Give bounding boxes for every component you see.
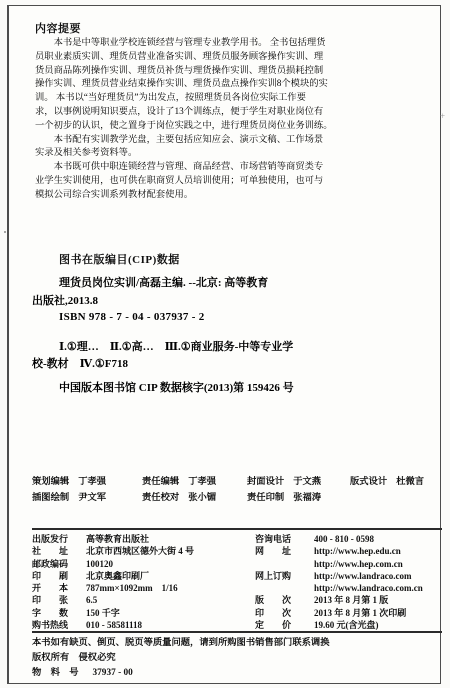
colophon-row: 定 价19.60 元(含光盘)	[255, 619, 442, 631]
credit-item	[350, 491, 437, 507]
summary-line: 实录及相关参考资料等。	[35, 147, 333, 161]
colophon-value: 150 千字	[86, 607, 120, 619]
colophon-row: 购书热线010 - 58581118	[32, 619, 255, 631]
colophon-row: 网上订购http://www.landraco.com	[255, 570, 442, 582]
colophon-label	[255, 582, 314, 594]
colophon-row: 出版发行高等教育出版社	[32, 533, 255, 545]
summary-line: 一个初步的认识，使之置身于岗位实践之中，进行理货员岗位业务训练。	[35, 120, 333, 134]
material-number: 物 料 号37937 - 00	[32, 664, 133, 678]
colophon-row: 印 张6.5	[32, 594, 255, 606]
credit-item: 责任印制张福涛	[247, 491, 350, 507]
credit-label: 版式设计	[350, 477, 387, 487]
colophon-row: 印 次2013 年 8 月第 1 次印刷	[255, 607, 442, 619]
colophon-value: 787mm×1092mm 1/16	[86, 582, 178, 594]
colophon-value: 北京市西城区德外大街 4 号	[86, 545, 194, 557]
credit-name: 杜微言	[396, 477, 424, 487]
cip-title-line2: 出版社,2013.8	[32, 292, 98, 308]
colophon-value: http://www.hep.com.cn	[314, 558, 403, 570]
colophon-label: 开 本	[32, 582, 86, 594]
colophon-label: 印 刷	[32, 570, 86, 582]
colophon-label: 邮政编码	[32, 558, 86, 570]
colophon-value: http://www.landraco.com	[314, 570, 412, 582]
colophon-label: 咨询电话	[255, 533, 314, 545]
book-copyright-page: 内容提要 本书是中等职业学校连锁经营与管理专业教学用书。 全书包括理货 员职业素…	[7, 5, 441, 684]
staff-credits: 策划编辑丁孝强 责任编辑丁孝强 封面设计于文燕 版式设计杜微言 插图绘制尹文军 …	[32, 475, 437, 506]
credit-name: 尹文军	[78, 493, 106, 503]
credit-label: 责任编辑	[142, 477, 179, 487]
colophon-label: 社 址	[32, 545, 86, 557]
colophon-value: 100120	[86, 558, 113, 570]
summary-line: 求，以事例说明知识要点，设计了13个训练点，便于学生对职业岗位有	[35, 106, 333, 120]
colophon-value: http://www.hep.edu.cn	[314, 545, 401, 557]
colophon-value: 6.5	[86, 594, 97, 606]
colophon-label: 出版发行	[32, 533, 86, 545]
colophon-row: 开 本787mm×1092mm 1/16	[32, 582, 255, 594]
horizontal-divider	[32, 528, 442, 530]
credit-name: 于文燕	[293, 477, 321, 487]
credit-label: 插图绘制	[32, 493, 69, 503]
colophon-row: 咨询电话400 - 810 - 0598	[255, 533, 442, 545]
summary-line: 模拟公司综合实训系列教材配套使用。	[35, 189, 333, 203]
cip-isbn: ISBN 978 - 7 - 04 - 037937 - 2	[59, 311, 205, 323]
colophon-label: 购书热线	[32, 619, 86, 631]
cip-record-number: 中国版本图书馆 CIP 数据核字(2013)第 159426 号	[59, 379, 294, 395]
cip-classification-line1: Ⅰ.①理… Ⅱ.①高… Ⅲ.①商业服务-中等专业学	[59, 338, 293, 354]
content-summary-text: 本书是中等职业学校连锁经营与管理专业教学用书。 全书包括理货 员职业素质实训、理…	[35, 37, 333, 203]
credit-item: 责任校对张小镅	[142, 491, 247, 507]
credits-row: 插图绘制尹文军 责任校对张小镅 责任印制张福涛	[32, 491, 437, 507]
credit-label: 责任印制	[247, 493, 284, 503]
colophon-value: 北京奥鑫印刷厂	[86, 570, 149, 582]
colophon-value: http://www.landraco.com.cn	[314, 582, 423, 594]
colophon-row: 社 址北京市西城区德外大街 4 号	[32, 545, 255, 557]
summary-line: 货员商品陈列操作实训、理货员补货与理货操作实训、理货员损耗控制	[35, 65, 333, 79]
credit-item: 封面设计于文燕	[247, 475, 350, 491]
summary-line: 本书配有实训教学光盘，主要包括应知应会、演示文稿、工作场景	[35, 134, 333, 148]
summary-line: 业学生实训使用，也可供在职商贸人员培训使用；可单独使用，也可与	[35, 175, 333, 189]
colophon-right-column: 咨询电话400 - 810 - 0598 网 址http://www.hep.e…	[255, 533, 442, 631]
colophon-value: 高等教育出版社	[86, 533, 149, 545]
colophon-label: 版 次	[255, 594, 314, 606]
cip-title-line1: 理货员岗位实训/高磊主编. --北京: 高等教育	[59, 274, 268, 290]
colophon-label: 字 数	[32, 607, 86, 619]
colophon-label: 印 张	[32, 594, 86, 606]
colophon-value: 400 - 810 - 0598	[314, 533, 374, 545]
colophon-value: 2013 年 8 月第 1 版	[314, 594, 388, 606]
credit-name: 张福涛	[293, 493, 321, 503]
credit-label: 策划编辑	[32, 477, 69, 487]
colophon: 出版发行高等教育出版社 社 址北京市西城区德外大街 4 号 邮政编码100120…	[32, 533, 442, 631]
colophon-row: http://www.hep.com.cn	[255, 558, 442, 570]
summary-line: 操作实训、理货员营业结束操作实训、理货员盘点操作实训8个模块的实	[35, 78, 333, 92]
content-summary-heading: 内容提要	[35, 20, 81, 36]
colophon-row: 印 刷北京奥鑫印刷厂	[32, 570, 255, 582]
colophon-left-column: 出版发行高等教育出版社 社 址北京市西城区德外大街 4 号 邮政编码100120…	[32, 533, 255, 631]
credit-label: 责任校对	[142, 493, 179, 503]
credit-name: 丁孝强	[188, 477, 216, 487]
credit-item: 版式设计杜微言	[350, 475, 437, 491]
scan-speck	[4, 231, 6, 233]
credit-item: 插图绘制尹文军	[32, 491, 142, 507]
registration-cross-mark: +	[440, 111, 445, 121]
summary-line: 本书是中等职业学校连锁经营与管理专业教学用书。 全书包括理货	[35, 37, 333, 51]
cip-classification-line2: 校-教材 Ⅳ.①F718	[32, 355, 128, 371]
credit-name: 丁孝强	[78, 477, 106, 487]
colophon-label: 网上订购	[255, 570, 314, 582]
colophon-label: 定 价	[255, 619, 314, 631]
credit-name: 张小镅	[188, 493, 216, 503]
colophon-value: 010 - 58581118	[86, 619, 142, 631]
summary-line: 本书既可供中职连锁经营与管理、商品经营、市场营销等商贸类专	[35, 161, 333, 175]
colophon-value: 2013 年 8 月第 1 次印刷	[314, 607, 406, 619]
summary-line: 员职业素质实训、理货员营业准备实训、理货员服务顾客操作实训、理	[35, 51, 333, 65]
colophon-row: http://www.landraco.com.cn	[255, 582, 442, 594]
colophon-value: 19.60 元(含光盘)	[314, 619, 379, 631]
copyright-notice: 版权所有 侵权必究	[32, 649, 116, 663]
credit-label: 封面设计	[247, 477, 284, 487]
summary-line: 训。 本书以“当好理货员”为出发点，按照理货员各岗位实际工作要	[35, 92, 333, 106]
colophon-row: 版 次2013 年 8 月第 1 版	[255, 594, 442, 606]
colophon-row: 网 址http://www.hep.edu.cn	[255, 545, 442, 557]
credit-item: 策划编辑丁孝强	[32, 475, 142, 491]
colophon-label: 印 次	[255, 607, 314, 619]
colophon-row: 字 数150 千字	[32, 607, 255, 619]
credit-item: 责任编辑丁孝强	[142, 475, 247, 491]
horizontal-divider	[32, 631, 442, 633]
colophon-label	[255, 558, 314, 570]
cip-heading: 图书在版编目(CIP)数据	[59, 251, 180, 267]
quality-exchange-notice: 本书如有缺页、倒页、脱页等质量问题，请到所购图书销售部门联系调换	[32, 634, 330, 648]
credits-row: 策划编辑丁孝强 责任编辑丁孝强 封面设计于文燕 版式设计杜微言	[32, 475, 437, 491]
material-number-value: 37937 - 00	[93, 668, 133, 678]
colophon-row: 邮政编码100120	[32, 558, 255, 570]
colophon-label: 网 址	[255, 545, 314, 557]
material-number-label: 物 料 号	[32, 668, 79, 678]
